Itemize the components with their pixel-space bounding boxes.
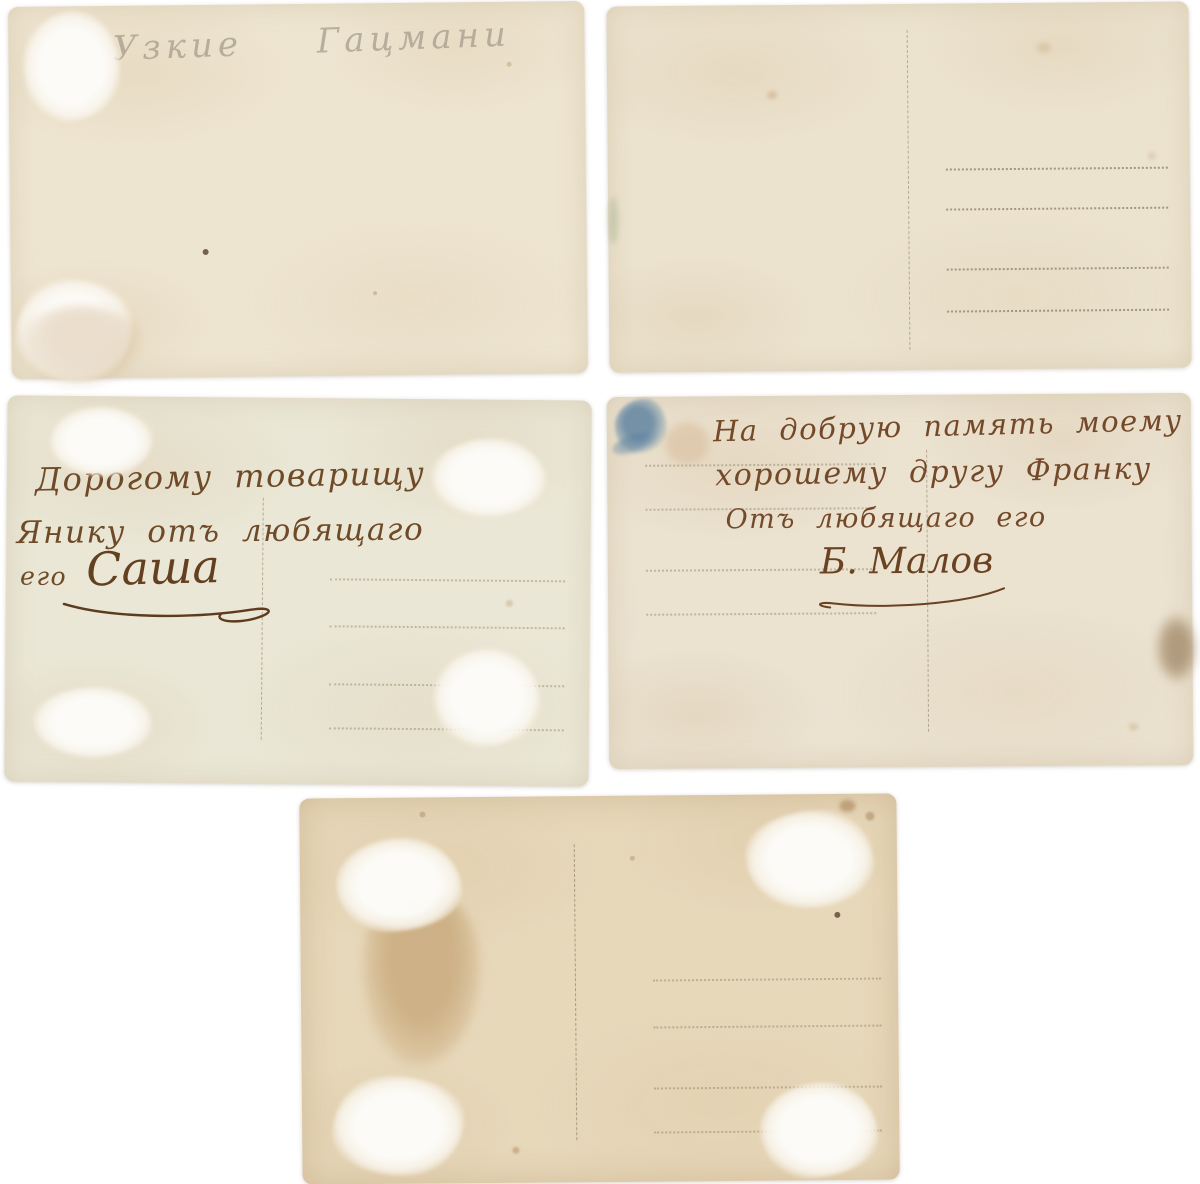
glue-stain [433,647,542,748]
address-line [946,207,1168,211]
postcard-middle-right: На добрую память моему хорошему другу Фр… [607,393,1194,769]
address-line [947,309,1169,313]
dedication-line-2: хорошему другу Франку [715,451,1152,493]
photo-of-five-postcard-backs: Узкие Гацмани Дорогому товарищу Янику от… [0,0,1200,1184]
freckle [1148,152,1156,160]
freckle [1037,43,1051,53]
postcard-divider-line [907,30,911,350]
freckle [630,856,635,861]
glue-stain [332,1075,465,1176]
postcard-divider-line [926,450,929,732]
glue-stain [760,1082,879,1179]
glue-stain [745,810,874,909]
glue-stain [431,437,548,518]
freckle [767,91,777,99]
freckle [512,1147,519,1154]
brown-smudge [1156,615,1196,681]
brown-spot [865,812,874,821]
address-line [646,612,876,616]
pencil-inscription: Узкие Гацмани [112,15,512,70]
freckle [373,291,377,295]
postcard-divider-line [574,844,578,1140]
glue-stain [49,406,154,477]
address-line [653,1025,881,1029]
dedication-line-3: Отъ любящаго его [725,502,1046,535]
address-line [946,167,1168,171]
brown-spot [839,800,855,812]
address-line [330,578,565,582]
dark-speck [203,249,209,255]
glue-stain [33,686,154,759]
postcard-middle-left: Дорогому товарищу Янику отъ любящаго его… [4,395,591,786]
dedication-line-3: его [20,562,67,591]
green-tinge [608,196,618,244]
freckle [419,812,425,818]
signature-flourish [62,592,282,630]
address-line [653,978,881,982]
signature: Саша [86,539,221,596]
freckle [506,600,513,607]
dedication-line-2: Янику отъ любящаго [16,512,424,552]
postcard-bottom [299,793,899,1184]
address-line [330,625,565,629]
postcard-top-right [606,1,1191,372]
glue-stain [22,10,121,123]
tan-halo-stain [21,306,142,387]
freckle [1129,723,1138,730]
dedication-line-1: На добрую память моему [713,403,1183,448]
dark-speck [834,912,840,918]
freckle [507,62,512,67]
signature-flourish [804,584,1014,613]
address-line [947,267,1169,271]
postcard-top-left: Узкие Гацмани [8,1,588,379]
paper-texture [606,1,1191,372]
tan-ring-stain [665,422,709,464]
signature: Б. Малов [820,540,994,582]
